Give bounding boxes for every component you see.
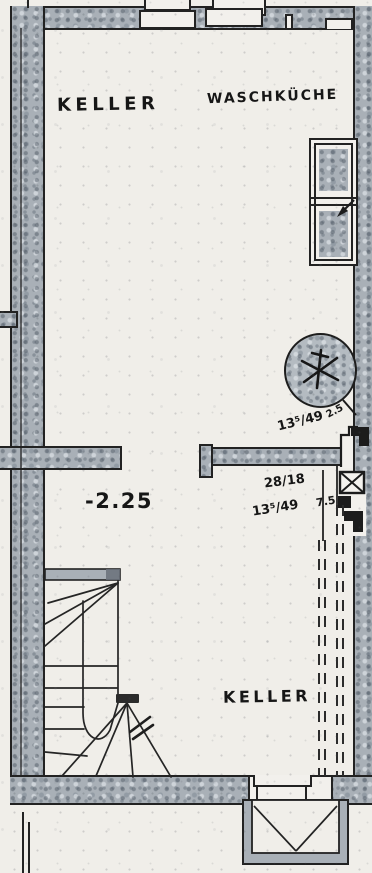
- wall-interior-right-cap: [199, 444, 213, 478]
- wall-cut-line-top: [27, 0, 29, 8]
- floor-level-label: -2.25: [85, 489, 153, 513]
- damper-upper: [351, 427, 369, 446]
- damper-block: [338, 496, 351, 508]
- light-shaft: [241, 799, 350, 869]
- floor-plan-canvas: KELLER WASCHKÜCHE KELLER -2.25 13⁵/49 2.…: [0, 0, 372, 873]
- window-top-2: [205, 8, 263, 27]
- vent-arrow-icon: [330, 198, 356, 224]
- niche-top-right: [325, 18, 353, 29]
- window-top-1: [139, 10, 196, 29]
- window-bottom-step1: [253, 775, 312, 787]
- section-line-bottom-left-a: [22, 812, 24, 873]
- shaft-dashed-line-1: [318, 540, 320, 776]
- wall-interior-left: [0, 446, 122, 470]
- wall-stub-left-neighbor: [0, 311, 18, 328]
- shaft-dashed-line-3: [336, 505, 338, 776]
- room-label-keller-top: KELLER: [57, 93, 160, 116]
- shaft-dashed-line-2: [324, 540, 326, 776]
- room-label-keller-bottom: KELLER: [223, 686, 311, 707]
- party-wall-line: [20, 28, 22, 777]
- shaft-dashed-line-4: [342, 505, 344, 776]
- winder-staircase: [38, 563, 178, 780]
- flue-box-upper-fill: [319, 149, 348, 191]
- section-line-bottom-left-b: [28, 822, 30, 873]
- stair-landing-nosing: [116, 694, 139, 703]
- room-label-waschkueche: WASCHKÜCHE: [207, 87, 339, 108]
- vent-notch-top: [285, 14, 293, 28]
